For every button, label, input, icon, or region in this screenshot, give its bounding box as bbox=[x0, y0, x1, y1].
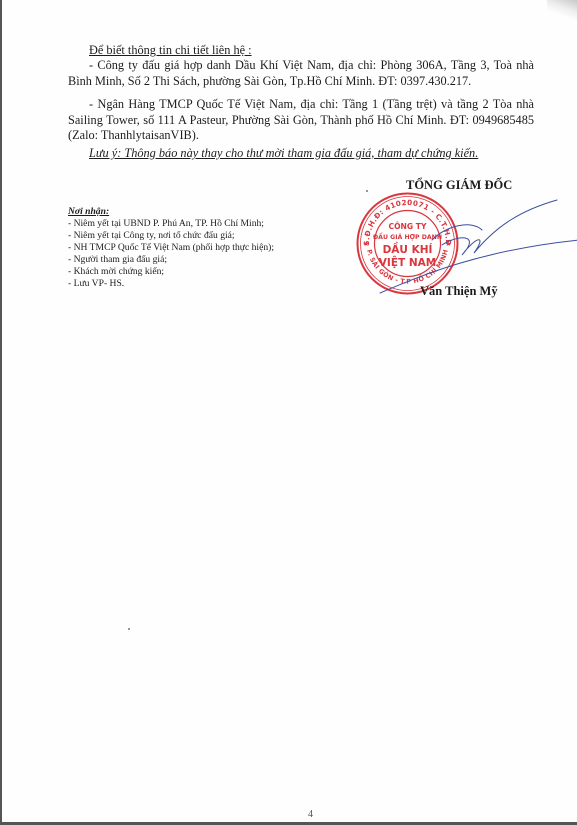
contact-paragraph-company-text: - Công ty đấu giá hợp danh Dầu Khí Việt … bbox=[68, 58, 534, 88]
recipient-item: - NH TMCP Quốc Tế Việt Nam (phối hợp thự… bbox=[68, 242, 274, 254]
contact-heading: Để biết thông tin chi tiết liên hệ : bbox=[89, 43, 252, 59]
note-text: Lưu ý: Thông báo này thay cho thư mời th… bbox=[89, 146, 478, 162]
scan-smudge bbox=[547, 0, 577, 20]
signer-name: Văn Thiện Mỹ bbox=[420, 284, 498, 299]
contact-paragraph-bank: - Ngân Hàng TMCP Quốc Tế Việt Nam, địa c… bbox=[68, 97, 534, 144]
scan-speck bbox=[366, 190, 368, 192]
document-page: Để biết thông tin chi tiết liên hệ : - C… bbox=[0, 0, 577, 825]
recipient-item: - Niêm yết tại UBND P. Phú An, TP. Hồ Ch… bbox=[68, 218, 274, 230]
page-number: 4 bbox=[308, 809, 313, 820]
recipient-item: - Người tham gia đấu giá; bbox=[68, 254, 274, 266]
contact-paragraph-company: - Công ty đấu giá hợp danh Dầu Khí Việt … bbox=[68, 58, 534, 89]
recipients-list: Nơi nhận: - Niêm yết tại UBND P. Phú An,… bbox=[68, 206, 274, 290]
recipients-title: Nơi nhận: bbox=[68, 206, 274, 218]
recipient-item: - Niêm yết tại Công ty, nơi tổ chức đấu … bbox=[68, 230, 274, 242]
recipient-item: - Khách mời chứng kiến; bbox=[68, 266, 274, 278]
contact-paragraph-bank-text: - Ngân Hàng TMCP Quốc Tế Việt Nam, địa c… bbox=[68, 97, 534, 142]
scan-speck bbox=[128, 628, 130, 630]
recipient-item: - Lưu VP- HS. bbox=[68, 278, 274, 290]
